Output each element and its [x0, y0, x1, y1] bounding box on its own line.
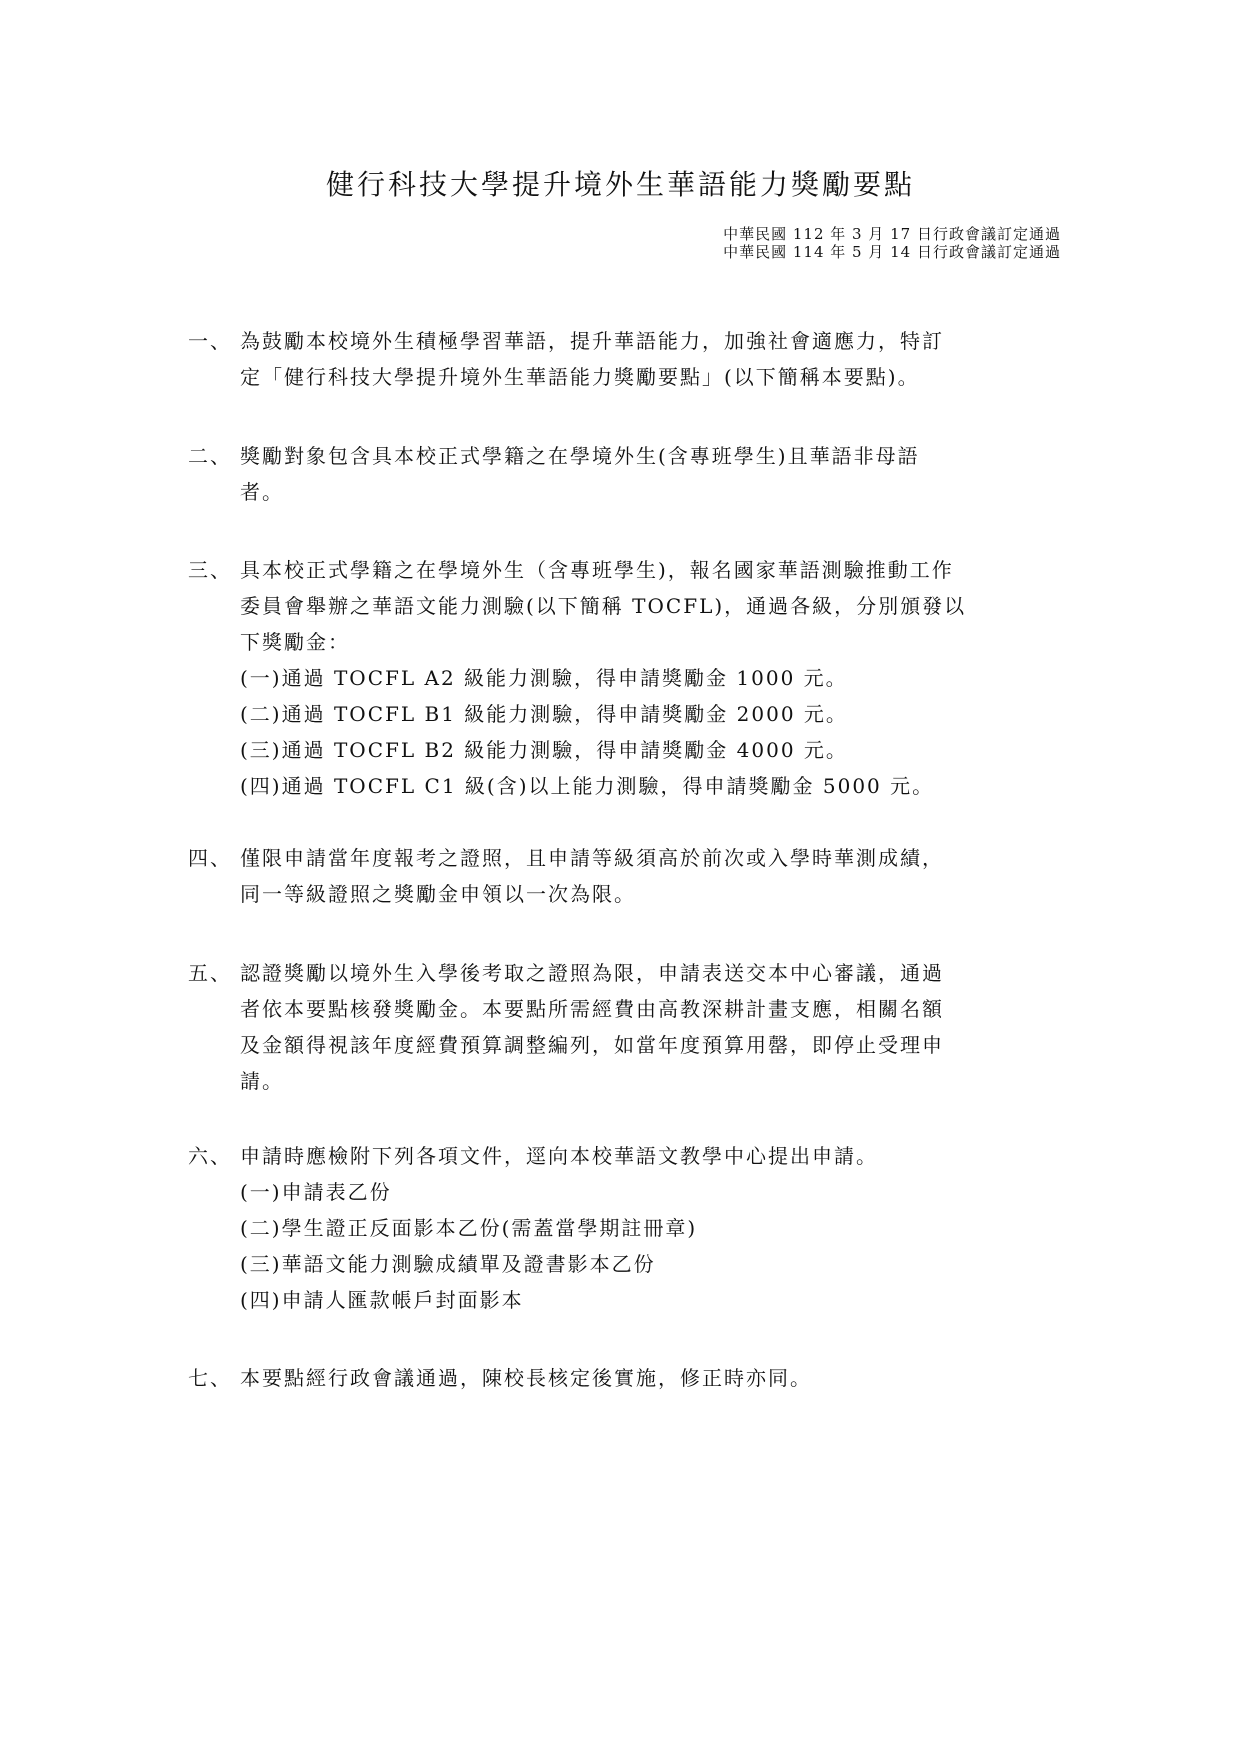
article-marker: 一、	[188, 323, 240, 359]
article-body: 本要點經行政會議通過，陳校長核定後實施，修正時亦同。	[240, 1360, 1068, 1396]
article-body: 具本校正式學籍之在學境外生（含專班學生)，報名國家華語測驗推動工作 委員會舉辦之…	[240, 552, 1068, 660]
article-2: 二、 獎勵對象包含具本校正式學籍之在學境外生(含專班學生)且華語非母語 者。	[188, 438, 1068, 510]
article-3: 三、 具本校正式學籍之在學境外生（含專班學生)，報名國家華語測驗推動工作 委員會…	[188, 552, 1068, 804]
article-marker: 四、	[188, 840, 240, 876]
required-documents-list: (一)申請表乙份 (二)學生證正反面影本乙份(需蓋當學期註冊章) (三)華語文能…	[240, 1174, 1068, 1318]
article-7: 七、 本要點經行政會議通過，陳校長核定後實施，修正時亦同。	[188, 1360, 1068, 1396]
article-body: 僅限申請當年度報考之證照，且申請等級須高於前次或入學時華測成績， 同一等級證照之…	[240, 840, 1068, 912]
required-document: (一)申請表乙份	[240, 1174, 1068, 1210]
reward-tier-b1: (二)通過 TOCFL B1 級能力測驗，得申請獎勵金 2000 元。	[240, 696, 1068, 732]
article-line: 定「健行科技大學提升境外生華語能力獎勵要點」(以下簡稱本要點)。	[240, 359, 1068, 395]
article-body: 認證獎勵以境外生入學後考取之證照為限，申請表送交本中心審議，通過 者依本要點核發…	[240, 955, 1068, 1099]
document-title: 健行科技大學提升境外生華語能力獎勵要點	[0, 165, 1241, 205]
article-line: 為鼓勵本校境外生積極學習華語，提升華語能力，加強社會適應力，特訂	[240, 323, 1068, 359]
article-line: 下獎勵金：	[240, 624, 1068, 660]
article-body: 獎勵對象包含具本校正式學籍之在學境外生(含專班學生)且華語非母語 者。	[240, 438, 1068, 510]
document-page: 健行科技大學提升境外生華語能力獎勵要點 中華民國 112 年 3 月 17 日行…	[0, 0, 1241, 1755]
article-6: 六、 申請時應檢附下列各項文件，逕向本校華語文教學中心提出申請。 (一)申請表乙…	[188, 1138, 1068, 1318]
article-line: 請。	[240, 1063, 1068, 1099]
reward-tier-c1: (四)通過 TOCFL C1 級(含)以上能力測驗，得申請獎勵金 5000 元。	[240, 768, 1068, 804]
article-line: 者依本要點核發獎勵金。本要點所需經費由高教深耕計畫支應，相關名額	[240, 991, 1068, 1027]
approval-history: 中華民國 112 年 3 月 17 日行政會議訂定通過 中華民國 114 年 5…	[723, 225, 1061, 261]
article-marker: 三、	[188, 552, 240, 588]
approval-line-2: 中華民國 114 年 5 月 14 日行政會議訂定通過	[723, 243, 1061, 261]
article-line: 委員會舉辦之華語文能力測驗(以下簡稱 TOCFL)，通過各級，分別頒發以	[240, 588, 1068, 624]
article-line: 者。	[240, 474, 1068, 510]
article-marker: 七、	[188, 1360, 240, 1396]
article-marker: 六、	[188, 1138, 240, 1174]
article-line: 同一等級證照之獎勵金申領以一次為限。	[240, 876, 1068, 912]
article-line: 及金額得視該年度經費預算調整編列，如當年度預算用罄，即停止受理申	[240, 1027, 1068, 1063]
article-line: 本要點經行政會議通過，陳校長核定後實施，修正時亦同。	[240, 1360, 1068, 1396]
article-line: 獎勵對象包含具本校正式學籍之在學境外生(含專班學生)且華語非母語	[240, 438, 1068, 474]
article-1: 一、 為鼓勵本校境外生積極學習華語，提升華語能力，加強社會適應力，特訂 定「健行…	[188, 323, 1068, 395]
article-marker: 五、	[188, 955, 240, 991]
approval-line-1: 中華民國 112 年 3 月 17 日行政會議訂定通過	[723, 225, 1061, 243]
article-body: 申請時應檢附下列各項文件，逕向本校華語文教學中心提出申請。	[240, 1138, 1068, 1174]
article-line: 具本校正式學籍之在學境外生（含專班學生)，報名國家華語測驗推動工作	[240, 552, 1068, 588]
reward-tier-list: (一)通過 TOCFL A2 級能力測驗，得申請獎勵金 1000 元。 (二)通…	[240, 660, 1068, 804]
article-line: 僅限申請當年度報考之證照，且申請等級須高於前次或入學時華測成績，	[240, 840, 1068, 876]
required-document: (三)華語文能力測驗成績單及證書影本乙份	[240, 1246, 1068, 1282]
article-line: 認證獎勵以境外生入學後考取之證照為限，申請表送交本中心審議，通過	[240, 955, 1068, 991]
article-body: 為鼓勵本校境外生積極學習華語，提升華語能力，加強社會適應力，特訂 定「健行科技大…	[240, 323, 1068, 395]
required-document: (二)學生證正反面影本乙份(需蓋當學期註冊章)	[240, 1210, 1068, 1246]
required-document: (四)申請人匯款帳戶封面影本	[240, 1282, 1068, 1318]
article-marker: 二、	[188, 438, 240, 474]
article-line: 申請時應檢附下列各項文件，逕向本校華語文教學中心提出申請。	[240, 1138, 1068, 1174]
reward-tier-a2: (一)通過 TOCFL A2 級能力測驗，得申請獎勵金 1000 元。	[240, 660, 1068, 696]
article-4: 四、 僅限申請當年度報考之證照，且申請等級須高於前次或入學時華測成績， 同一等級…	[188, 840, 1068, 912]
article-5: 五、 認證獎勵以境外生入學後考取之證照為限，申請表送交本中心審議，通過 者依本要…	[188, 955, 1068, 1099]
reward-tier-b2: (三)通過 TOCFL B2 級能力測驗，得申請獎勵金 4000 元。	[240, 732, 1068, 768]
